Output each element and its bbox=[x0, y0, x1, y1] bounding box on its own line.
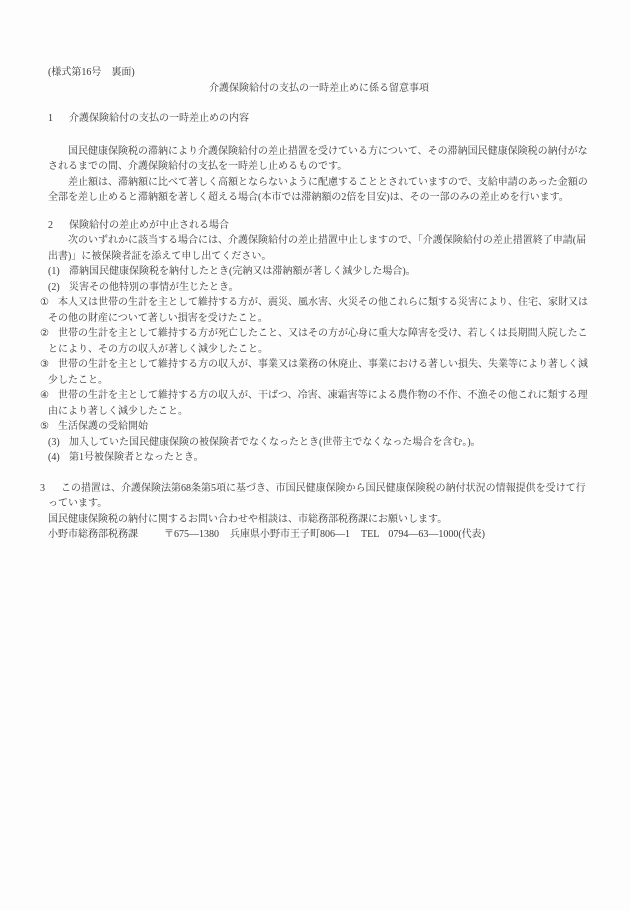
sub-list-item-3-text: 世帯の生計を主として維持する方の収入が、事業又は業務の休廃止、事業における著しい… bbox=[48, 359, 588, 386]
list-item-2-marker: (2) bbox=[48, 280, 69, 296]
sub-list-item-5: ⑤生活保護の受給開始 bbox=[48, 419, 590, 435]
form-note: (様式第16号 裏面) bbox=[48, 65, 590, 81]
sub-list-item-2-text: 世帯の生計を主として維持する方が死亡したこと、又はその方が心身に重大な障害を受け… bbox=[48, 328, 588, 355]
section-2-intro: 次のいずれかに該当する場合には、介護保険給付の差止措置中止しますので、「介護保険… bbox=[48, 233, 590, 264]
list-item-2: (2)災害その他特別の事情が生じたとき。 bbox=[48, 280, 590, 296]
section-2-heading-text: 保険給付の差止めが中止される場合 bbox=[69, 220, 229, 231]
sub-list-item-4: ④世帯の生計を主として維持する方の収入が、干ばつ、冷害、凍霜害等による農作物の不… bbox=[48, 388, 590, 419]
section-1-number: 1 bbox=[48, 111, 69, 127]
section-2-heading: 2保険給付の差止めが中止される場合 bbox=[48, 218, 590, 234]
sub-list-item-5-marker: ⑤ bbox=[40, 419, 58, 435]
sub-list-item-4-text: 世帯の生計を主として維持する方の収入が、干ばつ、冷害、凍霜害等による農作物の不作… bbox=[48, 390, 588, 417]
list-item-1-text: 滞納国民健康保険税を納付したとき(完納又は滞納額が著しく減少した場合)。 bbox=[69, 266, 416, 277]
sub-list-item-3-marker: ③ bbox=[40, 357, 58, 373]
sub-list-item-2-marker: ② bbox=[40, 326, 58, 342]
office-name: 小野市総務部税務課 bbox=[48, 529, 138, 540]
sub-list-item-1-text: 本人又は世帯の生計を主として維持する方が、震災、風水害、火災その他これらに類する… bbox=[48, 297, 588, 324]
list-item-3-marker: (3) bbox=[48, 435, 69, 451]
list-item-4-marker: (4) bbox=[48, 450, 69, 466]
sub-list-item-1: ①本人又は世帯の生計を主として維持する方が、震災、風水害、火災その他これらに類す… bbox=[48, 295, 590, 326]
section-2-number: 2 bbox=[48, 218, 69, 234]
section-1-heading-text: 介護保険給付の支払の一時差止めの内容 bbox=[69, 113, 249, 124]
section-1-body: 国民健康保険税の滞納により介護保険給付の差止措置を受けている方について、その滞納… bbox=[48, 144, 590, 206]
section-3-paragraph-1-text: この措置は、介護保険法第68条第5項に基づき、市国民健康保険から国民健康保険税の… bbox=[48, 483, 586, 510]
section-3-paragraph-1: 3この措置は、介護保険法第68条第5項に基づき、市国民健康保険から国民健康保険税… bbox=[48, 481, 590, 512]
list-item-2-text: 災害その他特別の事情が生じたとき。 bbox=[69, 282, 239, 293]
document-page: (様式第16号 裏面) 介護保険給付の支払の一時差止めに係る留意事項 1介護保険… bbox=[0, 0, 630, 911]
footer-contact-line: 小野市総務部税務課〒675―1380兵庫県小野市王子町806―1TEL0794―… bbox=[48, 527, 590, 543]
section-3-paragraph-2: 国民健康保険税の納付に関するお問い合わせや相談は、市総務部税務課にお願いします。 bbox=[48, 512, 590, 528]
section-3-body: 3この措置は、介護保険法第68条第5項に基づき、市国民健康保険から国民健康保険税… bbox=[48, 481, 590, 528]
list-item-4-text: 第1号被保険者となったとき。 bbox=[69, 452, 204, 463]
section-1-heading: 1介護保険給付の支払の一時差止めの内容 bbox=[48, 111, 590, 127]
section-1-paragraph-2: 差止額は、滞納額に比べて著しく高額とならないように配慮することとされていますので… bbox=[48, 175, 590, 206]
list-item-3: (3)加入していた国民健康保険の被保険者でなくなったとき(世帯主でなくなった場合… bbox=[48, 435, 590, 451]
tel-number: 0794―63―1000(代表) bbox=[388, 529, 485, 540]
sub-list-item-4-marker: ④ bbox=[40, 388, 58, 404]
section-1-paragraph-1: 国民健康保険税の滞納により介護保険給付の差止措置を受けている方について、その滞納… bbox=[48, 144, 590, 175]
sub-list-item-1-marker: ① bbox=[40, 295, 58, 311]
sub-list-item-3: ③世帯の生計を主として維持する方の収入が、事業又は業務の休廃止、事業における著し… bbox=[48, 357, 590, 388]
sub-list-item-2: ②世帯の生計を主として維持する方が死亡したこと、又はその方が心身に重大な障害を受… bbox=[48, 326, 590, 357]
doc-title: 介護保険給付の支払の一時差止めに係る留意事項 bbox=[48, 81, 590, 97]
sub-list-item-5-text: 生活保護の受給開始 bbox=[58, 421, 148, 432]
list-item-3-text: 加入していた国民健康保険の被保険者でなくなったとき(世帯主でなくなった場合を含む… bbox=[69, 437, 481, 448]
postal-code: 〒675―1380 bbox=[164, 529, 219, 540]
section-3-number: 3 bbox=[40, 481, 61, 497]
address: 兵庫県小野市王子町806―1 bbox=[230, 529, 350, 540]
list-item-1-marker: (1) bbox=[48, 264, 69, 280]
list-item-4: (4)第1号被保険者となったとき。 bbox=[48, 450, 590, 466]
tel-label: TEL bbox=[361, 529, 379, 540]
list-item-1: (1)滞納国民健康保険税を納付したとき(完納又は滞納額が著しく減少した場合)。 bbox=[48, 264, 590, 280]
